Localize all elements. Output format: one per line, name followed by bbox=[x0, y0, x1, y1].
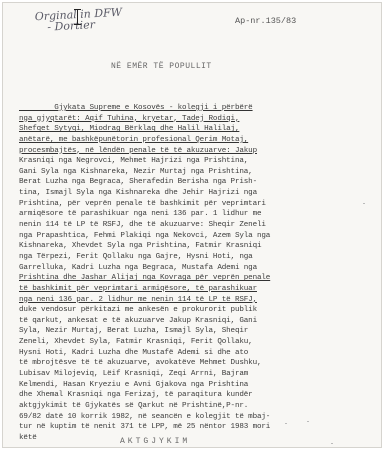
body-line: nga Prapashtica, Fehmi Plakiqi nga Nekov… bbox=[19, 231, 375, 242]
body-line: anëtarë, me bashkëpunëtorin profesional … bbox=[19, 135, 375, 146]
reference-number: Ap-nr.135/83 bbox=[235, 16, 296, 26]
scan-speck bbox=[307, 421, 309, 422]
body-line: Syla, Nezir Murtaj, Berat Luzha, Ismajl … bbox=[19, 326, 375, 337]
body-line: të bashkimit për veprimtari armiqësore, … bbox=[19, 284, 375, 295]
body-line: të mbrojtësve të të akuzuarve, avokatëve… bbox=[19, 358, 375, 369]
body-line: Lubisav Milojeviq, Lëif Krasniqi, Zeqi A… bbox=[19, 369, 375, 380]
scan-speck bbox=[363, 203, 365, 204]
body-line: Berat Luzha nga Begraca, Sherafedin Beri… bbox=[19, 177, 375, 188]
body-line: Gjykata Supreme e Kosovës - kolegji i pë… bbox=[19, 103, 375, 114]
verdict-heading: AKTGJYKIM bbox=[120, 437, 190, 446]
body-line: procesmbajtës, në lëndën penale të të ak… bbox=[19, 146, 375, 157]
body-line: tina, Ismajl Syla nga Kishnareka dhe Jeh… bbox=[19, 188, 375, 199]
body-line: këtë bbox=[19, 433, 375, 444]
body-line: Garrelluka, Kadri Luzha nga Begraca, Mus… bbox=[19, 263, 375, 274]
body-line: nenin 114 të LP të RSFJ, dhe të akuzuarv… bbox=[19, 220, 375, 231]
body-line: Kishnareka, Xhevdet Syla nga Prishtina, … bbox=[19, 241, 375, 252]
body-line: Hysni Hoti, Kadri Luzha dhe Mustafë Adem… bbox=[19, 348, 375, 359]
body-line: Kelmendi, Hasan Kryeziu e Avni Gjakova n… bbox=[19, 380, 375, 391]
body-line: armiqësore të parashikuar nga neni 136 p… bbox=[19, 209, 375, 220]
body-line: duke vendosur përkitazi me ankesën e pro… bbox=[19, 305, 375, 316]
document-body: Gjykata Supreme e Kosovës - kolegji i pë… bbox=[19, 103, 375, 444]
body-line: të qarkut, ankesat e të akuzuarve Jakup … bbox=[19, 316, 375, 327]
body-line: Shefqet Sytyqi, Miodrag Bërklaq dhe Hali… bbox=[19, 124, 375, 135]
body-line: Prishtina dhe Jashar Alijaj nga Kovraga … bbox=[19, 273, 375, 284]
document-title: NË EMËR TË POPULLIT bbox=[111, 62, 212, 71]
body-line: aktgjykimit të Gjykatës së Qarkut në Pri… bbox=[19, 401, 375, 412]
body-line: 69/82 datë 10 korrik 1982, në seancën e … bbox=[19, 412, 375, 423]
body-line: Prishtina, për veprën penale të bashkimi… bbox=[19, 199, 375, 210]
scan-speck bbox=[331, 443, 333, 444]
scan-speck bbox=[285, 423, 287, 424]
body-line: nga Tërpezi, Ferit Qollaku nga Gajre, Hy… bbox=[19, 252, 375, 263]
body-line: nga gjyqtarët: Aqif Tuhina, kryetar, Tad… bbox=[19, 114, 375, 125]
body-line: Gani Syla nga Kishnareka, Nezir Murtaj n… bbox=[19, 167, 375, 178]
body-line: Zeneli, Xhevdet Syla, Fatmir Krasniqi, F… bbox=[19, 337, 375, 348]
body-line: Krasniqi nga Negrovci, Mehmet Hajrizi ng… bbox=[19, 156, 375, 167]
scanned-document-page: Orginal in DFW - Dortier Ap-nr.135/83 NË… bbox=[2, 2, 382, 448]
body-line: dhe Xhemal Krasniqi nga Ferizaj, të para… bbox=[19, 390, 375, 401]
body-line: nga neni 136 par. 2 lidhur me nenin 114 … bbox=[19, 295, 375, 306]
text-cursor-ibeam-icon bbox=[74, 9, 81, 25]
body-line: tur në kuptim të nenit 371 të LPP, më 25… bbox=[19, 422, 375, 433]
